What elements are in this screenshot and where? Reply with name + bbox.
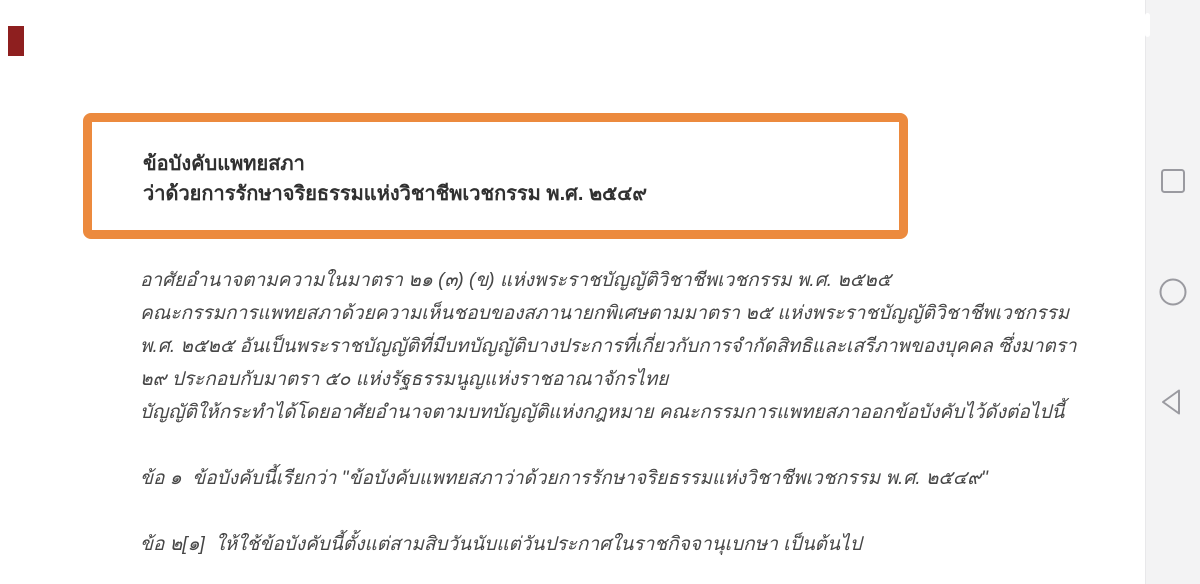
preamble-paragraph: อาศัยอำนาจตามความในมาตรา ๒๑ (๓) (ข) แห่ง… — [140, 264, 1135, 429]
doc-line: บัญญัติให้กระทำได้โดยอาศัยอำนาจตามบทบัญญ… — [140, 396, 1135, 429]
device-screen: { "page": { "background": "#ffffff", "ac… — [0, 0, 1200, 584]
home-circle-icon — [1157, 276, 1189, 308]
doc-line: คณะกรรมการแพทยสภาด้วยความเห็นชอบของสภานา… — [140, 297, 1135, 330]
recents-square-icon — [1157, 165, 1189, 197]
doc-line: ข้อ ๑ ข้อบังคับนี้เรียกว่า "ข้อบังคับแพท… — [140, 462, 1135, 495]
scrollbar-thumb[interactable] — [1145, 13, 1150, 37]
recents-button[interactable] — [1153, 161, 1193, 201]
document-title-line-2: ว่าด้วยการรักษาจริยธรรมแห่งวิชาชีพเวชกรร… — [143, 179, 879, 209]
corner-marker — [8, 26, 24, 56]
back-triangle-icon — [1157, 386, 1189, 418]
home-button[interactable] — [1153, 272, 1193, 312]
back-button[interactable] — [1153, 382, 1193, 422]
doc-line: พ.ศ. ๒๕๒๕ อันเป็นพระราชบัญญัติที่มีบทบัญ… — [140, 330, 1135, 363]
doc-line: อาศัยอำนาจตามความในมาตรา ๒๑ (๓) (ข) แห่ง… — [140, 264, 1135, 297]
document-title-line-1: ข้อบังคับแพทยสภา — [143, 149, 879, 179]
document-body: อาศัยอำนาจตามความในมาตรา ๒๑ (๓) (ข) แห่ง… — [140, 264, 1135, 561]
doc-line: ๒๙ ประกอบกับมาตรา ๕๐ แห่งรัฐธรรมนูญแห่งร… — [140, 363, 1135, 396]
android-nav-bar — [1145, 0, 1200, 584]
document-title-box: ข้อบังคับแพทยสภา ว่าด้วยการรักษาจริยธรรม… — [83, 113, 908, 239]
clause-2-paragraph: ข้อ ๒[๑] ให้ใช้ข้อบังคับนี้ตั้งแต่สามสิบ… — [140, 528, 1135, 561]
clause-1-paragraph: ข้อ ๑ ข้อบังคับนี้เรียกว่า "ข้อบังคับแพท… — [140, 462, 1135, 495]
doc-line: ข้อ ๒[๑] ให้ใช้ข้อบังคับนี้ตั้งแต่สามสิบ… — [140, 528, 1135, 561]
